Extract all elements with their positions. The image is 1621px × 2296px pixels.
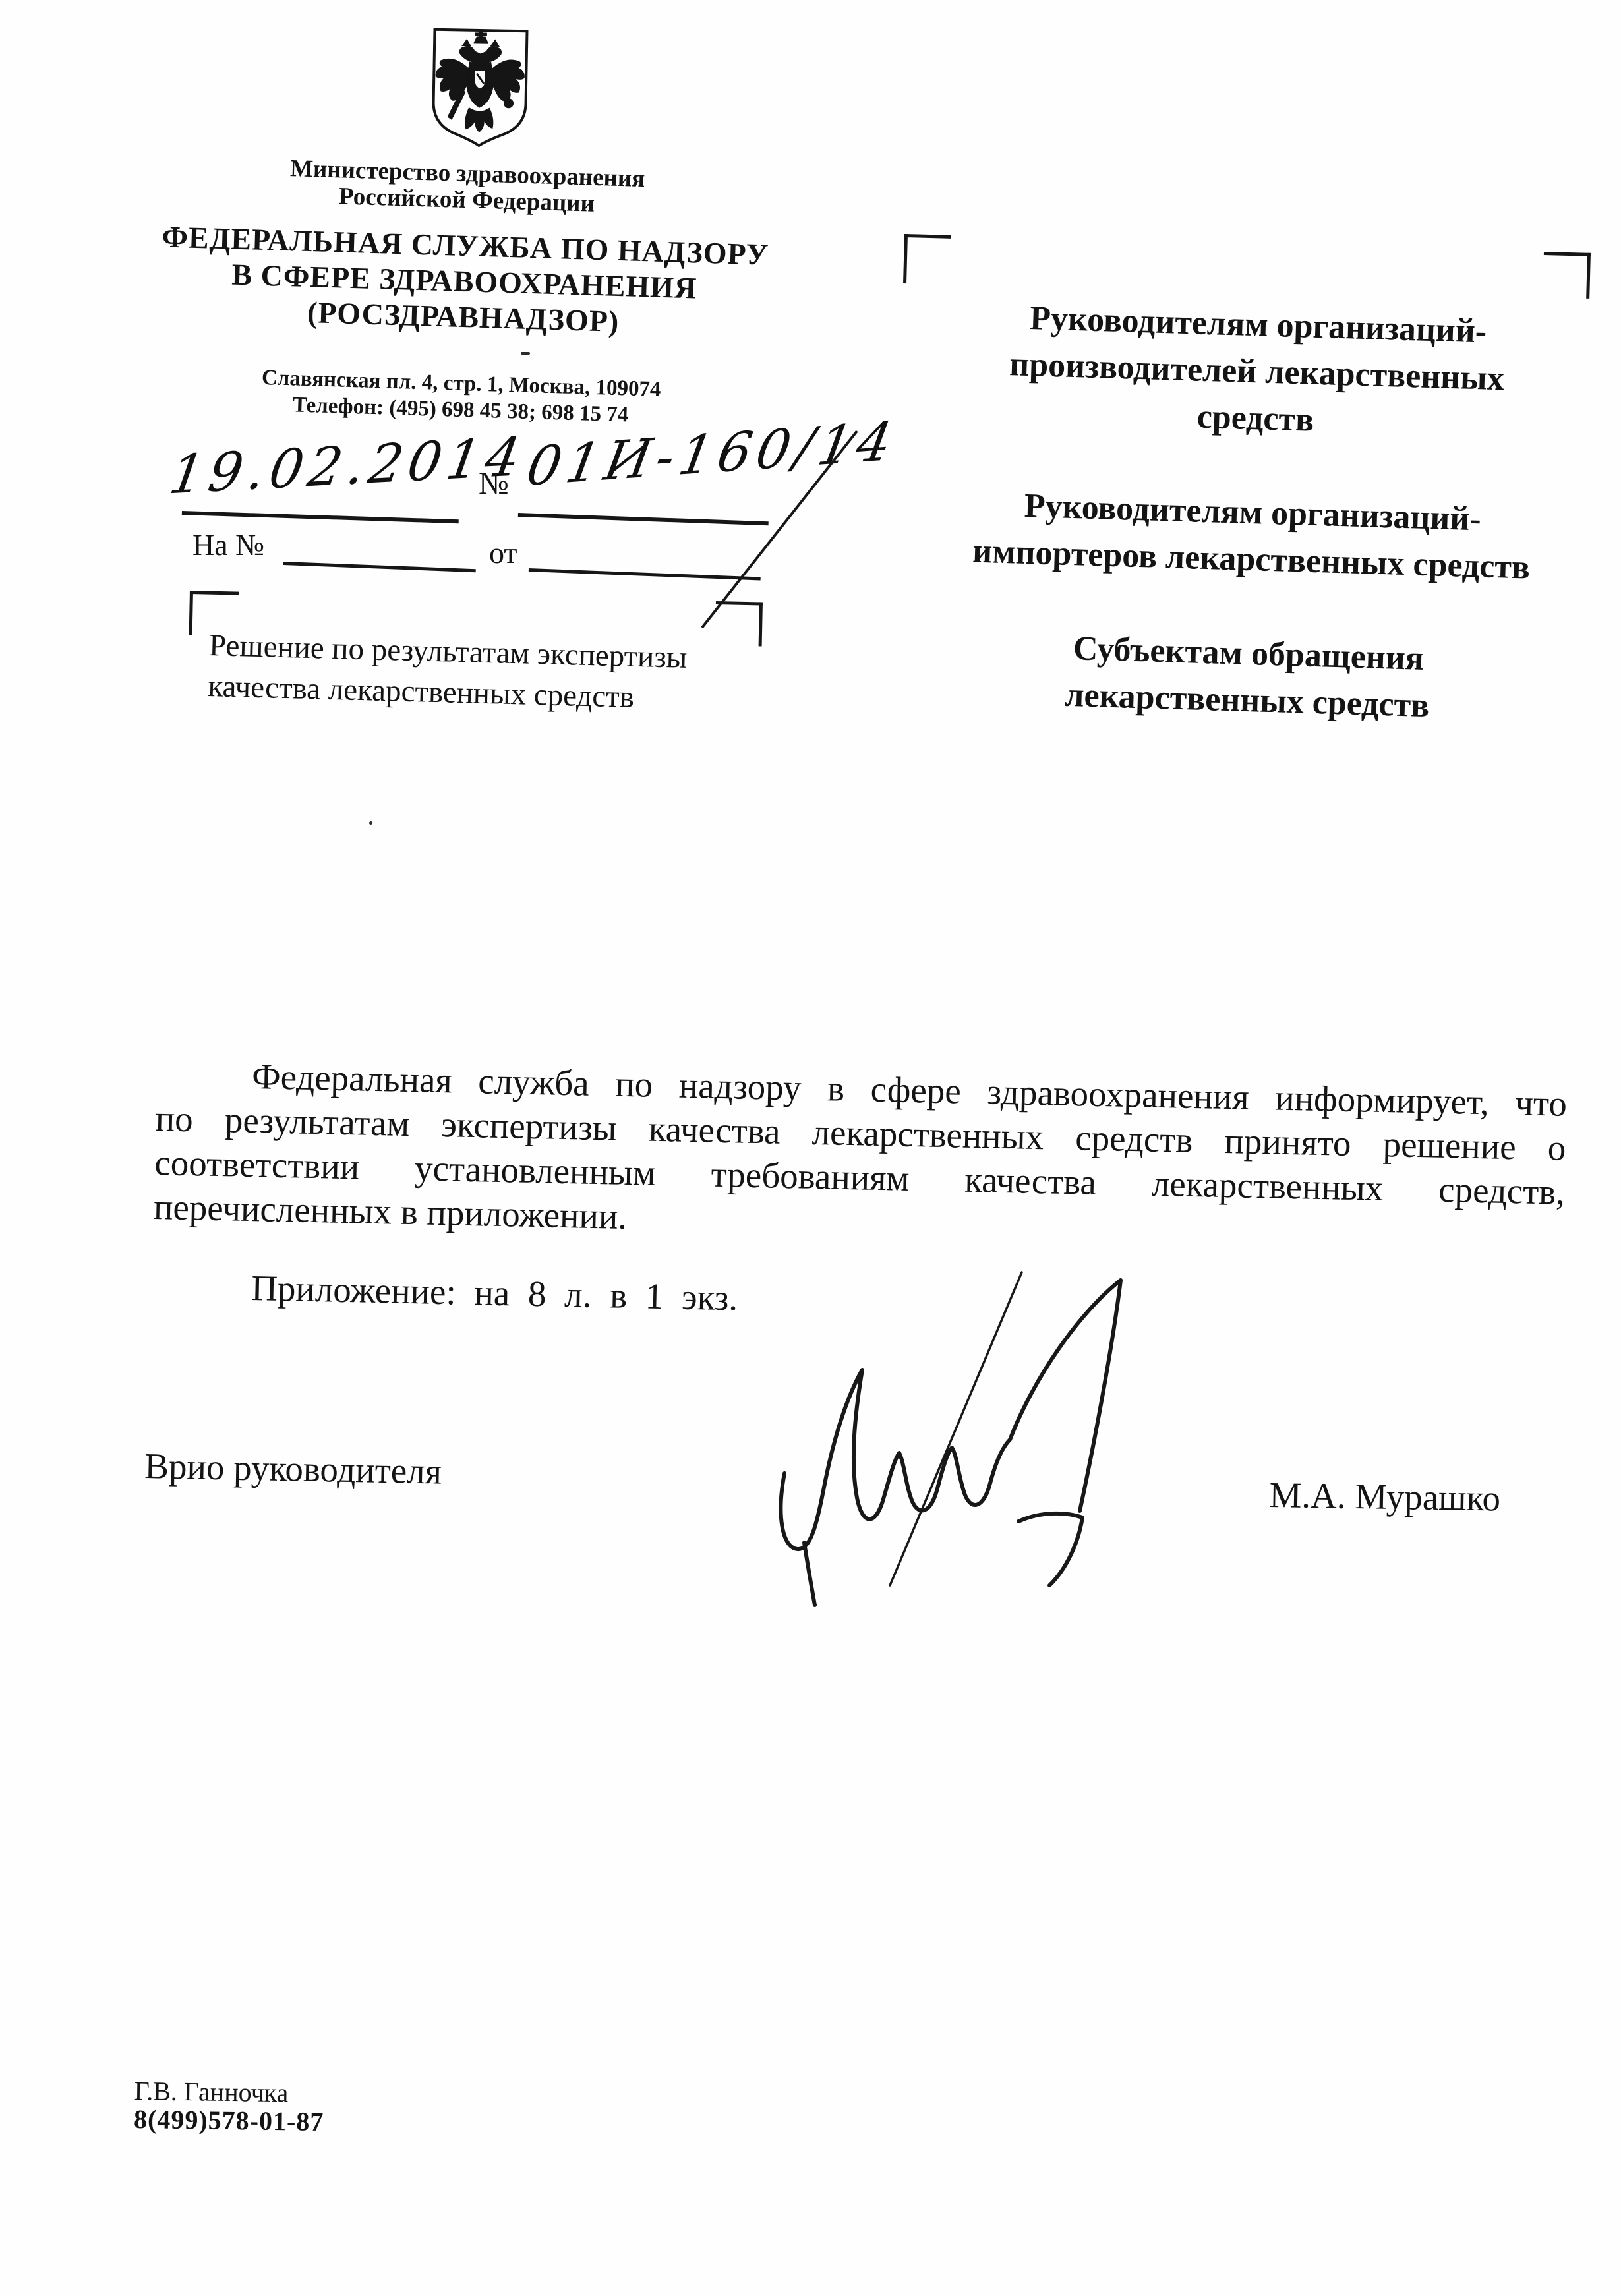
number-sign: № <box>479 465 509 502</box>
signer-position: Врио руководителя <box>144 1445 442 1492</box>
addressee-corner-mark-right <box>1543 252 1591 299</box>
body-paragraph: Федеральная служба по надзору в сфере зд… <box>153 1052 1567 1258</box>
addressee-circulation-subjects: Субъектам обращения лекарственных средст… <box>907 620 1589 734</box>
executor-name: Г.В. Ганночка <box>134 2076 324 2107</box>
addressee-list: Руководителям организаций- производителе… <box>907 291 1599 734</box>
subject-caption: Решение по результатам экспертизы качест… <box>208 625 744 721</box>
reply-from-label: от <box>489 535 517 570</box>
handwritten-date: 19.02.2014 <box>165 425 529 506</box>
agency-name: ФЕДЕРАЛЬНАЯ СЛУЖБА ПО НАДЗОРУ В СФЕРЕ ЗД… <box>150 219 779 344</box>
attachment-note: Приложение: на 8 л. в 1 экз. <box>251 1267 738 1318</box>
letterhead: Министерство здравоохранения Российской … <box>147 152 781 432</box>
reply-number-blank <box>283 562 476 572</box>
addressee-manufacturers: Руководителям организаций- производителе… <box>916 291 1599 452</box>
scan-speck <box>521 352 530 355</box>
scanned-letter-page: Министерство здравоохранения Российской … <box>0 0 1621 2296</box>
executor-footer: Г.В. Ганночка 8(499)578-01-87 <box>134 2076 324 2136</box>
signer-name: М.А. Мурашко <box>1269 1474 1501 1519</box>
agency-contacts: Славянская пл. 4, стр. 1, Москва, 109074… <box>147 361 775 432</box>
coat-of-arms-icon <box>427 26 532 149</box>
executor-phone: 8(499)578-01-87 <box>134 2105 324 2136</box>
addressee-corner-mark-left <box>903 234 951 285</box>
reply-to-label: На № <box>192 527 264 562</box>
scan-speck <box>369 821 372 825</box>
date-underline <box>182 511 459 523</box>
addressee-importers: Руководителям организаций- импортеров ле… <box>911 479 1593 593</box>
signature-scribble <box>765 1252 1200 1612</box>
